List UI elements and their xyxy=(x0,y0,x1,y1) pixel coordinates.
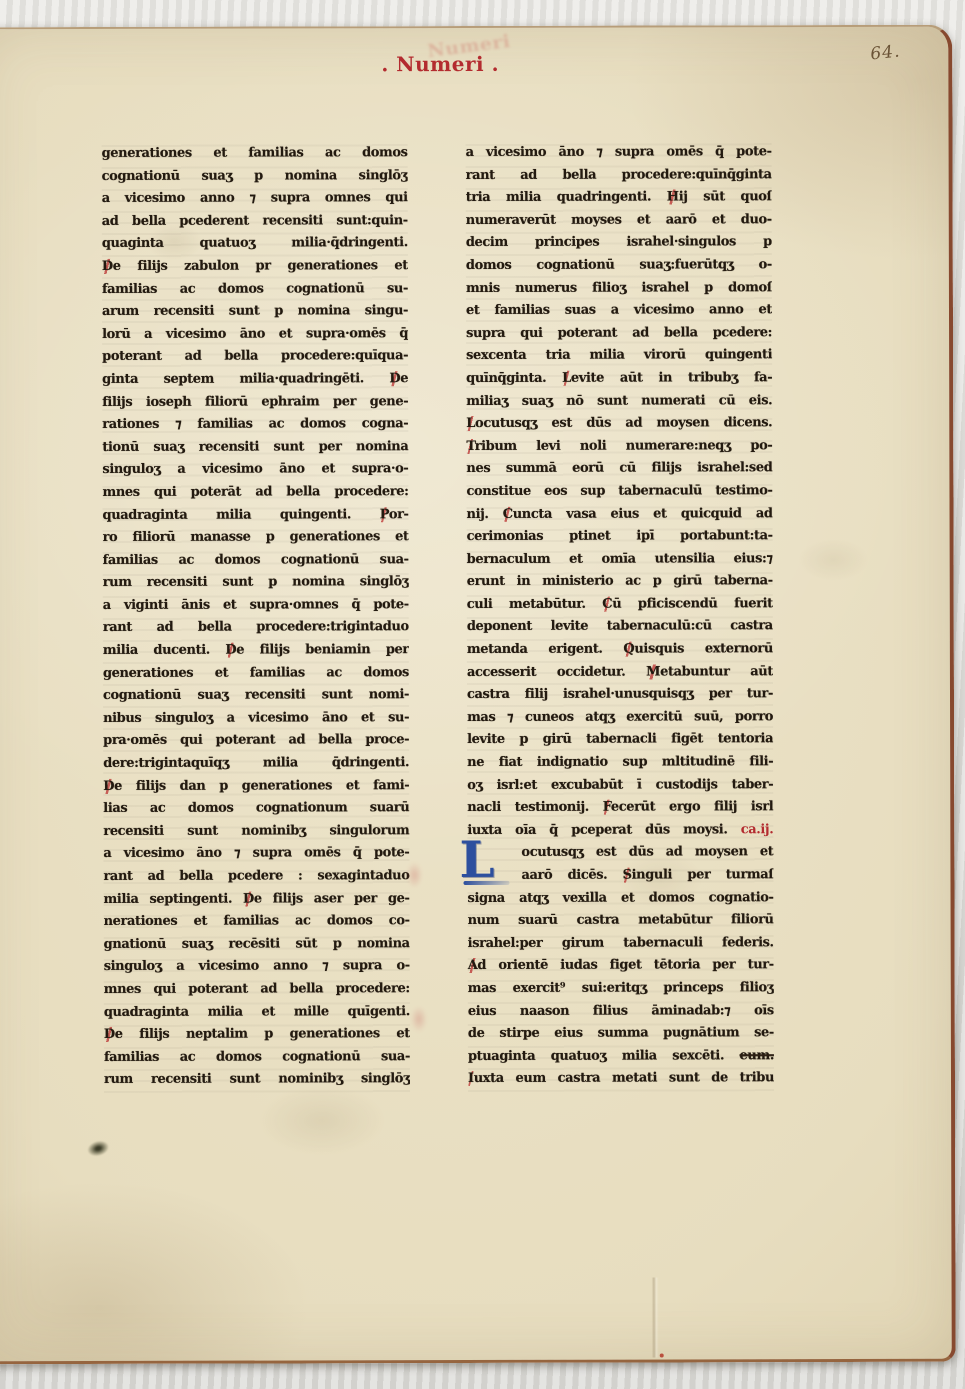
text-line: De filijs neptalim p generationes et xyxy=(104,1023,410,1046)
text-line: eius naason filius āminadab:⁊ oīs xyxy=(468,1000,774,1023)
text-line: signa atqʒ vexilla et domos cognatio- xyxy=(468,887,774,910)
text-line: quīnq̄ginta. Levite aūt in tribubʒ fa- xyxy=(466,367,772,390)
text-column-left: generationes et familias ac domoscognati… xyxy=(102,142,410,1092)
text-line: mnis numerus filioʒ israhel p domoſ xyxy=(466,277,772,300)
text-line: mnes qui poterant ad bella procedere: xyxy=(104,978,410,1001)
offset-ghost-mark-1 xyxy=(406,862,422,888)
text-line: castra filij israhel·unusquisqʒ per tur- xyxy=(467,683,773,706)
rubricated-capital: D xyxy=(102,259,113,274)
text-line: accesserit occidetur. Metabuntur aūt xyxy=(467,661,773,684)
text-line: rationes ⁊ familias ac domos cogna- xyxy=(102,413,408,436)
text-line: milia septingenti. De filijs aser per ge… xyxy=(104,888,410,911)
text-line: generationes et familias ac domos xyxy=(103,662,409,685)
text-line: generationes et familias ac domos xyxy=(102,142,408,165)
text-line: domos cognationū suaʒ:fuerūtqʒ o- xyxy=(466,254,772,277)
text-line: tionū suaʒ recensiti sunt per nomina xyxy=(102,436,408,459)
rubricated-capital: S xyxy=(623,868,632,883)
text-line: cognationū suaʒ p nomina singlōʒ xyxy=(102,165,408,188)
drop-cap-initial: L xyxy=(459,838,515,884)
text-line: tria milia quadringenti. Hij sūt quoſ xyxy=(466,186,772,209)
red-edge-speck xyxy=(660,1353,664,1357)
text-line: ro filiorū manasse p generationes et xyxy=(103,526,409,549)
text-line: familias ac domos cognationū su- xyxy=(102,278,408,301)
text-line: singuloʒ a vicesimo anno ⁊ supra o- xyxy=(104,956,410,979)
text-column-right: a vicesimo āno ⁊ supra omēs q̄ pote-rant… xyxy=(466,141,774,1091)
rubricated-capital: D xyxy=(103,779,114,794)
text-line: levite p girū tabernacli figēt tentoria xyxy=(467,729,773,752)
rubricated-capital: L xyxy=(466,416,475,431)
text-line: quaginta quatuoʒ milia·q̄dringenti. xyxy=(102,233,408,256)
text-line: arum recensiti sunt p nomina singu- xyxy=(102,300,408,323)
text-line: mas ⁊ cuneos atqʒ exercitū suū, porro xyxy=(467,706,773,729)
rubricated-capital: D xyxy=(243,891,254,906)
text-line: rum recensiti sunt nominibʒ singlōʒ xyxy=(104,1068,410,1091)
bottom-crease xyxy=(652,1278,659,1358)
text-line: Locutusqʒ est dūs ad moysen dicens. xyxy=(466,412,772,435)
text-line: recensiti sunt nominibʒ singulorum xyxy=(103,820,409,843)
text-line: mas exercit⁹ sui:eritqʒ princeps filioʒ xyxy=(468,977,774,1000)
text-line: ad bella pcederent recensiti sunt:quin- xyxy=(102,210,408,233)
rubricated-capital: T xyxy=(466,439,474,454)
text-line: nacli testimonij. Fecerūt ergo filij isr… xyxy=(467,796,773,819)
text-line: poterant ad bella procedere:quīqua- xyxy=(102,345,408,368)
manuscript-page: Numeri . Numeri . 64. generationes et fa… xyxy=(0,25,956,1365)
text-line: dere:trigintaquīqʒ milia q̄dringenti. xyxy=(103,752,409,775)
text-line: nibus singuloʒ a vicesimo āno et su- xyxy=(103,707,409,730)
running-title: Numeri . Numeri . xyxy=(381,52,561,92)
text-line: erunt in ministerio ac p girū taberna- xyxy=(467,570,773,593)
struck-word: eum. xyxy=(740,1048,774,1063)
text-line: num suarū castra metabūtur filiorū xyxy=(468,909,774,932)
text-line: de stirpe eius summa pugnātium se- xyxy=(468,1022,774,1045)
rubricated-capital: A xyxy=(468,958,478,973)
text-line: lias ac domos cognationum suarū xyxy=(103,797,409,820)
text-line: supra qui poterant ad bella pcedere: xyxy=(466,322,772,345)
text-line: a vicesimo anno ⁊ supra omnes qui xyxy=(102,187,408,210)
text-line: a vicesimo āno ⁊ supra omēs q̄ pote- xyxy=(103,843,409,866)
text-line: nes summā eorū cū filijs israhel:sed xyxy=(466,458,772,481)
text-line: rant ad bella procedere:trigintaduo xyxy=(103,617,409,640)
text-line: oʒ isrl:et excubabūt ī custodijs taber- xyxy=(467,774,773,797)
text-line: ginta septem milia·quadringēti. De xyxy=(102,368,408,391)
text-line: sexcenta tria milia virorū quingenti xyxy=(466,345,772,368)
text-line: cognationū suaʒ recensiti sunt nomi- xyxy=(103,684,409,707)
text-line: singuloʒ a vicesimo āno et supra·o- xyxy=(102,458,408,481)
text-line: quadraginta milia quingenti. Por- xyxy=(103,504,409,527)
text-line: milia ducenti. De filijs beniamin per xyxy=(103,639,409,662)
folio-number: 64. xyxy=(869,41,901,64)
text-line: Iuxta eum castra metati sunt de tribu xyxy=(468,1068,774,1091)
text-line: constitue eos sup tabernaculū testimo- xyxy=(466,480,772,503)
rubricated-capital: D xyxy=(225,643,236,658)
text-line: nij. Cuncta vasa eius et quicquid ad xyxy=(466,503,772,526)
rubricated-capital: D xyxy=(389,371,400,386)
rubricated-capital: C xyxy=(503,506,513,521)
text-line: familias ac domos cognationū sua- xyxy=(103,549,409,572)
text-line: miliaʒ suaʒ nō sunt numerati cū eis. xyxy=(466,390,772,413)
rubricated-capital: M xyxy=(646,664,660,679)
text-line: gnationū suaʒ recēsiti sūt p nomina xyxy=(104,933,410,956)
rubricated-capital: P xyxy=(380,507,389,522)
offset-ghost-mark-2 xyxy=(411,1006,427,1032)
text-line: quadraginta milia et mille quīgenti. xyxy=(104,1001,410,1024)
text-line: bernaculum et omīa utensilia eius:⁊ xyxy=(467,548,773,571)
rubricated-capital: Q xyxy=(623,642,634,657)
text-line: rant ad bella pcedere : sexagintaduo xyxy=(103,865,409,888)
text-line: filijs ioseph filiorū ephraim per gene- xyxy=(102,391,408,414)
text-line: Ad orientē iudas figet tētoria per tur- xyxy=(468,955,774,978)
text-line: rum recensiti sunt p nomina singlōʒ xyxy=(103,571,409,594)
text-line: ne fiat indignatio sup mltitudinē fili- xyxy=(467,751,773,774)
rubricated-capital: C xyxy=(602,596,612,611)
text-line: numeraverūt moyses et aarō et duo- xyxy=(466,209,772,232)
text-line: decim principes israhel·singulos p xyxy=(466,232,772,255)
text-line: a vicesimo āno ⁊ supra omēs q̄ pote- xyxy=(466,141,772,164)
text-line: De filijs dan p generationes et fami- xyxy=(103,775,409,798)
text-line: lorū a vicesimo āno et supra·omēs q̄ xyxy=(102,323,408,346)
text-line: familias ac domos cognationū sua- xyxy=(104,1046,410,1069)
text-line: rant ad bella procedere:quīnq̄ginta xyxy=(466,164,772,187)
rubricated-capital: I xyxy=(468,1071,474,1086)
text-line: culi metabūtur. Cū pficiscendū fuerit xyxy=(467,593,773,616)
rubricated-capital: F xyxy=(603,800,611,815)
text-line: a viginti ānis et supra·omnes q̄ pote- xyxy=(103,594,409,617)
text-line: pra·omēs qui poterant ad bella proce- xyxy=(103,730,409,753)
text-line: De filijs zabulon pr generationes et xyxy=(102,255,408,278)
rubricated-capital: H xyxy=(667,190,679,205)
text-line: ptuaginta quatuoʒ milia sexcēti. eum. xyxy=(468,1045,774,1068)
text-line: nerationes et familias ac domos co- xyxy=(104,910,410,933)
text-line: cerimonias ptinet ipī portabunt:ta- xyxy=(467,525,773,548)
text-line: deponent levite tabernaculū:cū castra xyxy=(467,616,773,639)
chapter-marker: ca.ij. xyxy=(741,822,774,837)
text-line: israhel:per girum tabernaculi federis. xyxy=(468,932,774,955)
text-line: metanda erigent. Quisquis externorū xyxy=(467,638,773,661)
rubricated-capital: D xyxy=(104,1027,115,1042)
rubricated-capital: L xyxy=(562,371,571,386)
text-line: Tribum levi noli numerare:neqʒ po- xyxy=(466,435,772,458)
ink-stain xyxy=(86,1138,111,1158)
text-line: mnes qui poterāt ad bella procedere: xyxy=(102,481,408,504)
text-line: et familias suas a vicesimo anno et xyxy=(466,299,772,322)
